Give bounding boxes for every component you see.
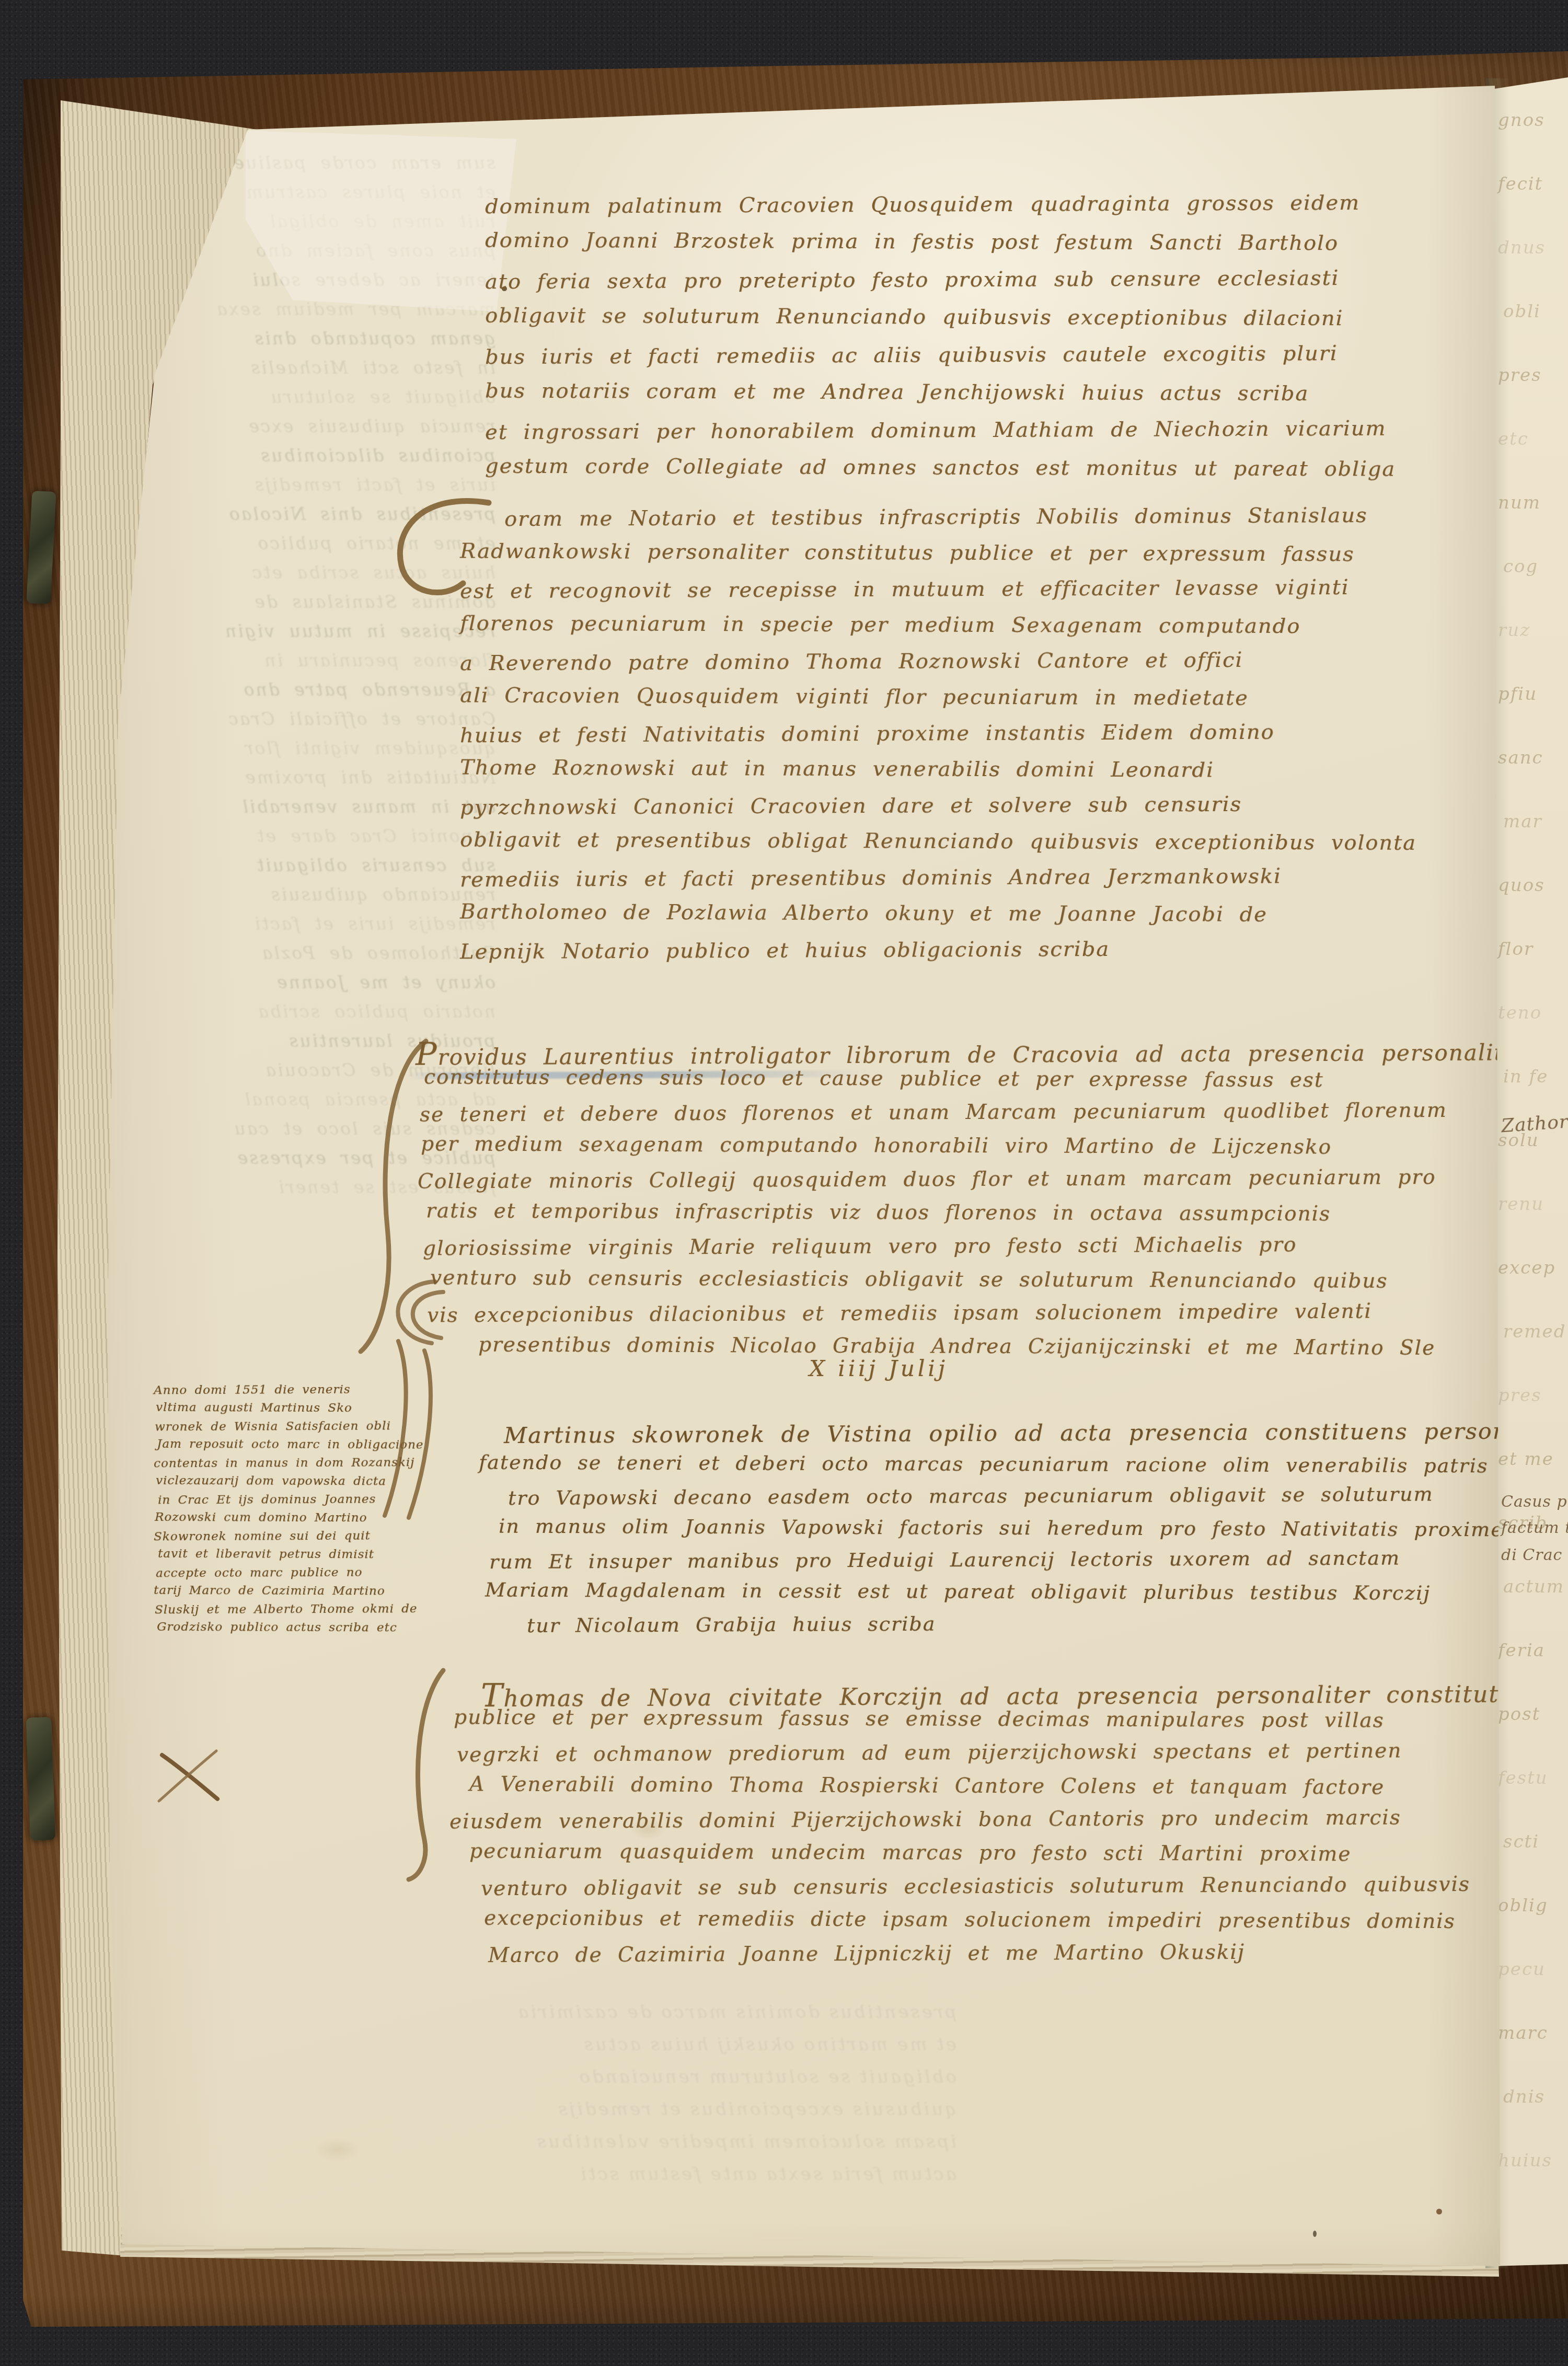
clasp-remnant-bottom	[26, 1717, 55, 1841]
initial-c-flourish	[400, 501, 489, 593]
manuscript-text-line: remed	[1503, 1321, 1568, 1385]
manuscript-text-line: scti	[1503, 1831, 1568, 1895]
adjacent-page-fragment: Casus pni	[1501, 1493, 1568, 1511]
manuscript-text-line: dnis	[1503, 2086, 1568, 2150]
long-s-flourish	[385, 1341, 431, 1518]
manuscript-text-line: actum	[1503, 1576, 1568, 1640]
manuscript-photo: gnosfecitdnusoblipresetcnumcogruzpfiusan…	[0, 0, 1568, 2366]
double-c-flourish	[398, 1282, 443, 1343]
pen-flourishes	[0, 0, 1568, 2366]
adjacent-page-fragment: di Crac	[1501, 1546, 1562, 1564]
ink-text-layer: dominum palatinum Cracovien Quosquidem q…	[0, 0, 1568, 2366]
manuscript-text-line: mar	[1503, 811, 1568, 875]
manuscript-text-line: obli	[1503, 301, 1568, 365]
initial-t-flourish	[409, 1670, 443, 1879]
adjacent-page-fragment: factum tam	[1501, 1519, 1568, 1537]
manuscript-text-line: cog	[1503, 556, 1568, 620]
